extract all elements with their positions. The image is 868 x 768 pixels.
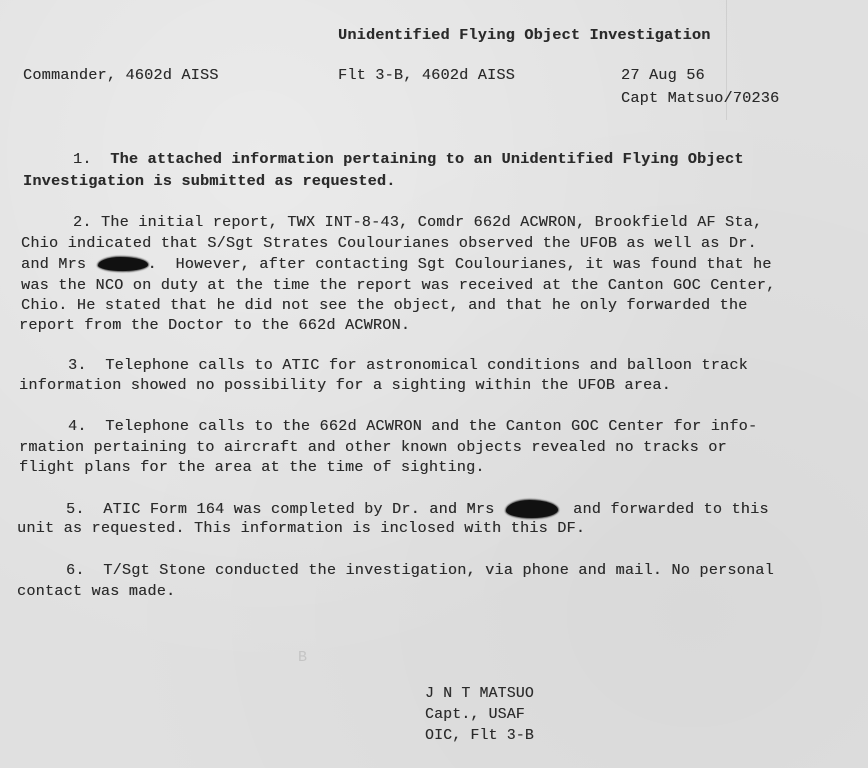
paragraph-2-line-5: Chio. He stated that he did not see the … [21, 298, 748, 313]
paragraph-4-line-1: 4. Telephone calls to the 662d ACWRON an… [68, 419, 757, 434]
paragraph-text: and forwarded to this [573, 500, 769, 518]
paragraph-6-line-2: contact was made. [17, 584, 175, 599]
paragraph-5-line-2: unit as requested. This information is i… [17, 521, 585, 536]
paragraph-text: Telephone calls to ATIC for astronomical… [105, 356, 748, 374]
paragraph-number: 2. [73, 213, 92, 231]
date-line: 27 Aug 56 [621, 68, 705, 83]
document-title: Unidentified Flying Object Investigation [338, 28, 711, 43]
paragraph-4-line-2: rmation pertaining to aircraft and other… [19, 440, 727, 455]
paragraph-text: and Mrs [21, 255, 86, 273]
paragraph-6-line-1: 6. T/Sgt Stone conducted the investigati… [66, 563, 774, 578]
paragraph-number: 5. [66, 500, 85, 518]
redaction [506, 500, 558, 518]
paragraph-3-line-2: information showed no possibility for a … [19, 378, 671, 393]
office-symbol: Capt Matsuo/70236 [621, 91, 779, 106]
redaction [98, 257, 148, 271]
paragraph-text: The attached information pertaining to a… [110, 150, 743, 168]
paragraph-text: However, after contacting Sgt Coulourian… [175, 255, 771, 273]
paragraph-text: ATIC Form 164 was completed by Dr. and M… [103, 500, 494, 518]
paragraph-text: T/Sgt Stone conducted the investigation,… [103, 561, 774, 579]
paragraph-1-line-2: Investigation is submitted as requested. [23, 174, 396, 189]
paragraph-number: 6. [66, 561, 85, 579]
paragraph-number: 1. [73, 150, 92, 168]
paragraph-text: Telephone calls to the 662d ACWRON and t… [105, 417, 757, 435]
paragraph-2-line-4: was the NCO on duty at the time the repo… [21, 278, 775, 293]
stray-mark: B [298, 649, 307, 666]
signature-position: OIC, Flt 3-B [425, 729, 534, 744]
paragraph-2-line-3: and Mrs . However, after contacting Sgt … [21, 257, 772, 272]
paragraph-2-line-1: 2. The initial report, TWX INT-8-43, Com… [73, 215, 762, 230]
paragraph-2-line-6: report from the Doctor to the 662d ACWRO… [19, 318, 410, 333]
signature-rank: Capt., USAF [425, 708, 525, 723]
paragraph-2-line-2: Chio indicated that S/Sgt Strates Coulou… [21, 236, 757, 251]
paragraph-4-line-3: flight plans for the area at the time of… [19, 460, 485, 475]
paragraph-text: The initial report, TWX INT-8-43, Comdr … [101, 213, 762, 231]
paragraph-number: 4. [68, 417, 87, 435]
paragraph-1-line-1: 1. The attached information pertaining t… [73, 152, 744, 167]
to-line: Flt 3-B, 4602d AISS [338, 68, 515, 83]
from-line: Commander, 4602d AISS [23, 68, 219, 83]
paragraph-3-line-1: 3. Telephone calls to ATIC for astronomi… [68, 358, 748, 373]
signature-name: J N T MATSUO [425, 687, 534, 702]
paragraph-5-line-1: 5. ATIC Form 164 was completed by Dr. an… [66, 500, 769, 518]
paragraph-number: 3. [68, 356, 87, 374]
